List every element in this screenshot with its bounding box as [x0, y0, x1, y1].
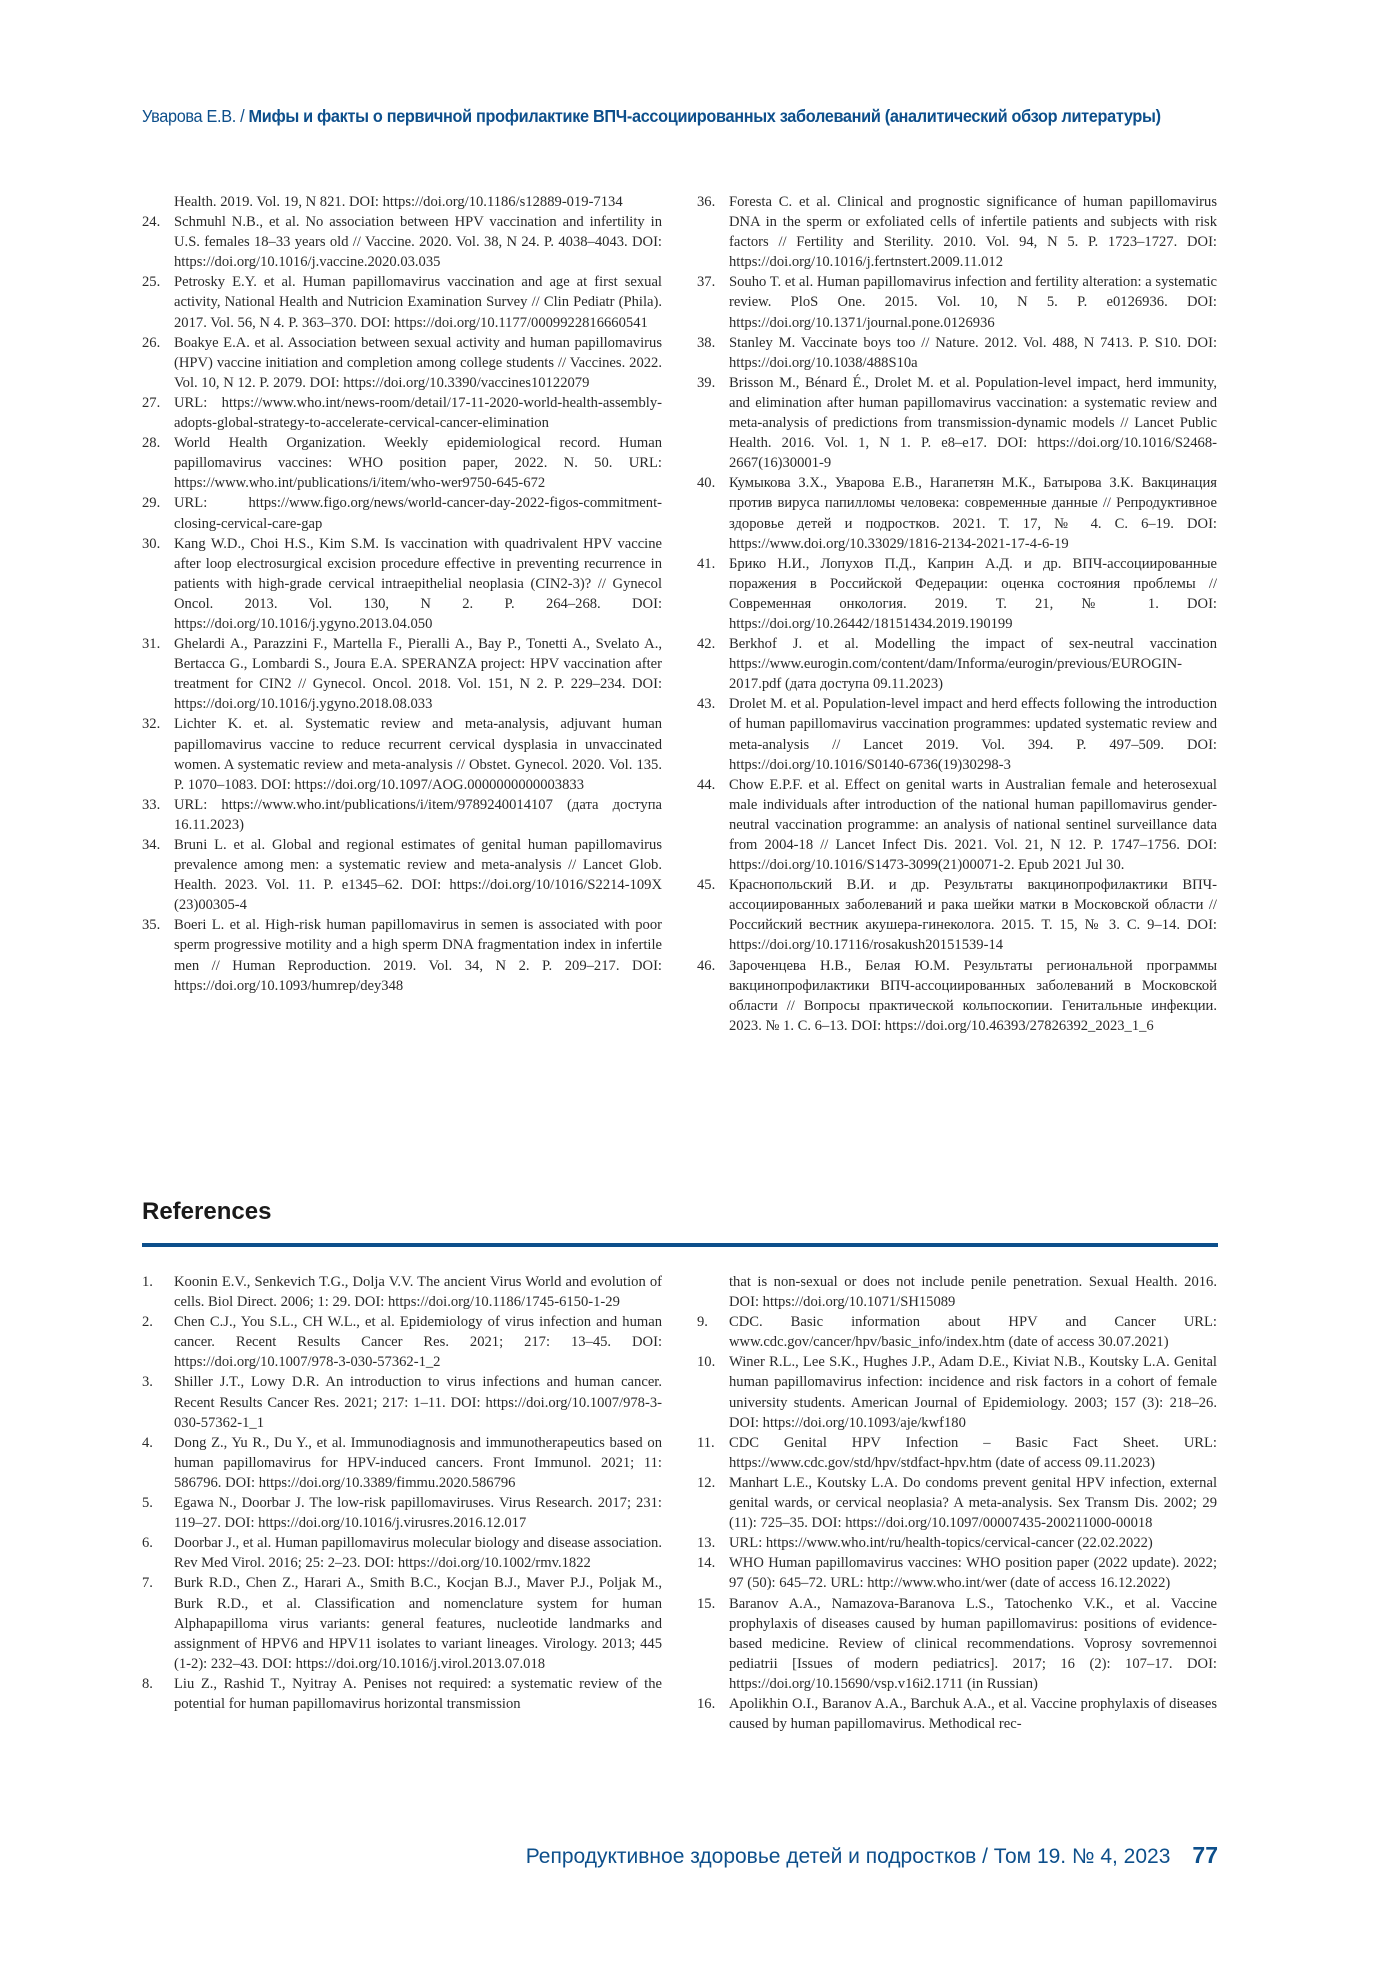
reference-item: 30.Kang W.D., Choi H.S., Kim S.M. Is vac… [142, 534, 662, 634]
reference-number: 32. [142, 714, 160, 734]
references-heading: References [142, 1198, 271, 1226]
reference-item: 24.Schmuhl N.B., et al. No association b… [142, 212, 662, 272]
reference-text: Stanley M. Vaccinate boys too // Nature.… [729, 335, 1217, 371]
section-divider [142, 1243, 1218, 1247]
reference-item: 16.Apolikhin O.I., Baranov A.A., Barchuk… [697, 1694, 1217, 1734]
reference-number: 26. [142, 333, 160, 353]
reference-text: Doorbar J., et al. Human papillomavirus … [174, 1535, 662, 1571]
reference-text: Schmuhl N.B., et al. No association betw… [174, 214, 662, 270]
reference-list-russian-left: Health. 2019. Vol. 19, N 821. DOI: https… [142, 192, 662, 996]
reference-number: 33. [142, 795, 160, 815]
reference-text: CDC Genital HPV Infection – Basic Fact S… [729, 1435, 1217, 1471]
reference-text: Liu Z., Rashid T., Nyitray A. Penises no… [174, 1676, 662, 1712]
reference-number: 34. [142, 835, 160, 855]
reference-item: 43.Drolet M. et al. Population-level imp… [697, 694, 1217, 774]
reference-number: 25. [142, 272, 160, 292]
reference-number: 38. [697, 333, 715, 353]
reference-item: 29.URL: https://www.figo.org/news/world-… [142, 493, 662, 533]
reference-item: 38.Stanley M. Vaccinate boys too // Natu… [697, 333, 1217, 373]
reference-text: Shiller J.T., Lowy D.R. An introduction … [174, 1374, 662, 1430]
reference-item: 40.Кумыкова З.Х., Уварова Е.В., Нагапетя… [697, 473, 1217, 553]
reference-number: 27. [142, 393, 160, 413]
reference-text: World Health Organization. Weekly epidem… [174, 435, 662, 491]
reference-number: 5. [142, 1493, 153, 1513]
reference-number: 31. [142, 634, 160, 654]
reference-number: 43. [697, 694, 715, 714]
reference-text: Brisson M., Bénard É., Drolet M. et al. … [729, 375, 1217, 471]
reference-text: Koonin E.V., Senkevich T.G., Dolja V.V. … [174, 1274, 662, 1310]
reference-number: 40. [697, 473, 715, 493]
reference-item: 10.Winer R.L., Lee S.K., Hughes J.P., Ad… [697, 1352, 1217, 1432]
reference-item: 5.Egawa N., Doorbar J. The low-risk papi… [142, 1493, 662, 1533]
reference-text: Health. 2019. Vol. 19, N 821. DOI: https… [174, 194, 623, 210]
reference-item: 32.Lichter K. et. al. Systematic review … [142, 714, 662, 794]
reference-text: Baranov A.A., Namazova-Baranova L.S., Ta… [729, 1596, 1217, 1692]
reference-number: 24. [142, 212, 160, 232]
reference-text: CDC. Basic information about HPV and Can… [729, 1314, 1217, 1350]
reference-number: 44. [697, 775, 715, 795]
reference-number: 42. [697, 634, 715, 654]
reference-item: 14.WHO Human papillomavirus vaccines: WH… [697, 1553, 1217, 1593]
reference-text: Berkhof J. et al. Modelling the impact o… [729, 636, 1217, 692]
reference-item: 27.URL: https://www.who.int/news-room/de… [142, 393, 662, 433]
reference-item: 41.Брико Н.И., Лопухов П.Д., Каприн А.Д.… [697, 554, 1217, 634]
reference-text: Burk R.D., Chen Z., Harari A., Smith B.C… [174, 1575, 662, 1671]
reference-number: 10. [697, 1352, 715, 1372]
reference-item: 39.Brisson M., Bénard É., Drolet M. et a… [697, 373, 1217, 473]
reference-item: 12.Manhart L.E., Koutsky L.A. Do condoms… [697, 1473, 1217, 1533]
reference-number: 46. [697, 956, 715, 976]
reference-number: 4. [142, 1433, 153, 1453]
reference-number: 14. [697, 1553, 715, 1573]
reference-text: Ghelardi A., Parazzini F., Martella F., … [174, 636, 662, 712]
reference-text: Кумыкова З.Х., Уварова Е.В., Нагапетян М… [729, 475, 1217, 551]
reference-item: 2.Chen C.J., You S.L., CH W.L., et al. E… [142, 1312, 662, 1372]
page-footer: Репродуктивное здоровье детей и подростк… [444, 1842, 1218, 1869]
reference-text: URL: https://www.figo.org/news/world-can… [174, 495, 662, 531]
reference-text: Egawa N., Doorbar J. The low-risk papill… [174, 1495, 662, 1531]
reference-number: 7. [142, 1573, 153, 1593]
reference-item: 33.URL: https://www.who.int/publications… [142, 795, 662, 835]
reference-item: 7.Burk R.D., Chen Z., Harari A., Smith B… [142, 1573, 662, 1673]
reference-number: 45. [697, 875, 715, 895]
reference-text: URL: https://www.who.int/ru/health-topic… [729, 1535, 1153, 1551]
reference-item: 34.Bruni L. et al. Global and regional e… [142, 835, 662, 915]
reference-number: 37. [697, 272, 715, 292]
reference-text: URL: https://www.who.int/news-room/detai… [174, 395, 662, 431]
reference-item: 37.Souho T. et al. Human papillomavirus … [697, 272, 1217, 332]
reference-item: 44.Chow E.P.F. et al. Effect on genital … [697, 775, 1217, 875]
reference-text: WHO Human papillomavirus vaccines: WHO p… [729, 1555, 1217, 1591]
reference-text: Winer R.L., Lee S.K., Hughes J.P., Adam … [729, 1354, 1217, 1430]
reference-number: 41. [697, 554, 715, 574]
reference-item-continuation: Health. 2019. Vol. 19, N 821. DOI: https… [142, 192, 662, 212]
reference-number: 11. [697, 1433, 715, 1453]
reference-item: 28.World Health Organization. Weekly epi… [142, 433, 662, 493]
reference-text: Зароченцева Н.В., Белая Ю.М. Результаты … [729, 958, 1217, 1034]
reference-text: Lichter K. et. al. Systematic review and… [174, 716, 662, 792]
reference-text: Kang W.D., Choi H.S., Kim S.M. Is vaccin… [174, 536, 662, 632]
reference-text: Boakye E.A. et al. Association between s… [174, 335, 662, 391]
reference-text: URL: https://www.who.int/publications/i/… [174, 797, 662, 833]
reference-text: Apolikhin O.I., Baranov A.A., Barchuk A.… [729, 1696, 1217, 1732]
reference-number: 30. [142, 534, 160, 554]
reference-text: Dong Z., Yu R., Du Y., et al. Immunodiag… [174, 1435, 662, 1491]
reference-number: 9. [697, 1312, 708, 1332]
reference-number: 39. [697, 373, 715, 393]
journal-citation: Репродуктивное здоровье детей и подростк… [526, 1845, 1171, 1868]
reference-text: Краснопольский В.И. и др. Результаты вак… [729, 877, 1217, 953]
reference-item: 35.Boeri L. et al. High-risk human papil… [142, 915, 662, 995]
reference-number: 2. [142, 1312, 153, 1332]
reference-number: 8. [142, 1674, 153, 1694]
reference-number: 29. [142, 493, 160, 513]
reference-number: 12. [697, 1473, 715, 1493]
reference-item: 11.CDC Genital HPV Infection – Basic Fac… [697, 1433, 1217, 1473]
reference-number: 15. [697, 1594, 715, 1614]
header-article-title: Мифы и факты о первичной профилактике ВП… [249, 106, 1161, 126]
reference-item: 9.CDC. Basic information about HPV and C… [697, 1312, 1217, 1352]
page-number: 77 [1192, 1842, 1218, 1868]
reference-item: 4.Dong Z., Yu R., Du Y., et al. Immunodi… [142, 1433, 662, 1493]
reference-item: 15.Baranov A.A., Namazova-Baranova L.S.,… [697, 1594, 1217, 1694]
reference-text: Souho T. et al. Human papillomavirus inf… [729, 274, 1217, 330]
header-author: Уварова Е.В. / [142, 106, 249, 126]
reference-item: 42.Berkhof J. et al. Modelling the impac… [697, 634, 1217, 694]
reference-item: 13.URL: https://www.who.int/ru/health-to… [697, 1533, 1217, 1553]
reference-number: 16. [697, 1694, 715, 1714]
reference-text: Bruni L. et al. Global and regional esti… [174, 837, 662, 913]
reference-text: Chow E.P.F. et al. Effect on genital war… [729, 777, 1217, 873]
reference-number: 3. [142, 1372, 153, 1392]
reference-number: 13. [697, 1533, 715, 1553]
reference-text: Boeri L. et al. High-risk human papillom… [174, 917, 662, 993]
reference-number: 1. [142, 1272, 153, 1292]
reference-text: that is non-sexual or does not include p… [729, 1274, 1217, 1310]
reference-number: 35. [142, 915, 160, 935]
reference-number: 28. [142, 433, 160, 453]
reference-list-english-right: that is non-sexual or does not include p… [697, 1272, 1217, 1734]
reference-text: Drolet M. et al. Population-level impact… [729, 696, 1217, 772]
reference-text: Chen C.J., You S.L., CH W.L., et al. Epi… [174, 1314, 662, 1370]
reference-item: 31.Ghelardi A., Parazzini F., Martella F… [142, 634, 662, 714]
reference-item: 6.Doorbar J., et al. Human papillomaviru… [142, 1533, 662, 1573]
reference-number: 6. [142, 1533, 153, 1553]
reference-text: Petrosky E.Y. et al. Human papillomaviru… [174, 274, 662, 330]
reference-item-continuation: that is non-sexual or does not include p… [697, 1272, 1217, 1312]
reference-item: 3.Shiller J.T., Lowy D.R. An introductio… [142, 1372, 662, 1432]
reference-item: 1.Koonin E.V., Senkevich T.G., Dolja V.V… [142, 1272, 662, 1312]
reference-item: 36.Foresta C. et al. Clinical and progno… [697, 192, 1217, 272]
running-head: Уварова Е.В. / Мифы и факты о первичной … [142, 106, 1146, 127]
reference-item: 26.Boakye E.A. et al. Association betwee… [142, 333, 662, 393]
reference-number: 36. [697, 192, 715, 212]
reference-item: 45.Краснопольский В.И. и др. Результаты … [697, 875, 1217, 955]
reference-list-russian-right: 36.Foresta C. et al. Clinical and progno… [697, 192, 1217, 1036]
reference-list-english-left: 1.Koonin E.V., Senkevich T.G., Dolja V.V… [142, 1272, 662, 1714]
reference-item: 46.Зароченцева Н.В., Белая Ю.М. Результа… [697, 956, 1217, 1036]
reference-text: Foresta C. et al. Clinical and prognosti… [729, 194, 1217, 270]
reference-item: 8.Liu Z., Rashid T., Nyitray A. Penises … [142, 1674, 662, 1714]
reference-text: Manhart L.E., Koutsky L.A. Do condoms pr… [729, 1475, 1217, 1531]
reference-item: 25.Petrosky E.Y. et al. Human papillomav… [142, 272, 662, 332]
reference-text: Брико Н.И., Лопухов П.Д., Каприн А.Д. и … [729, 556, 1217, 632]
